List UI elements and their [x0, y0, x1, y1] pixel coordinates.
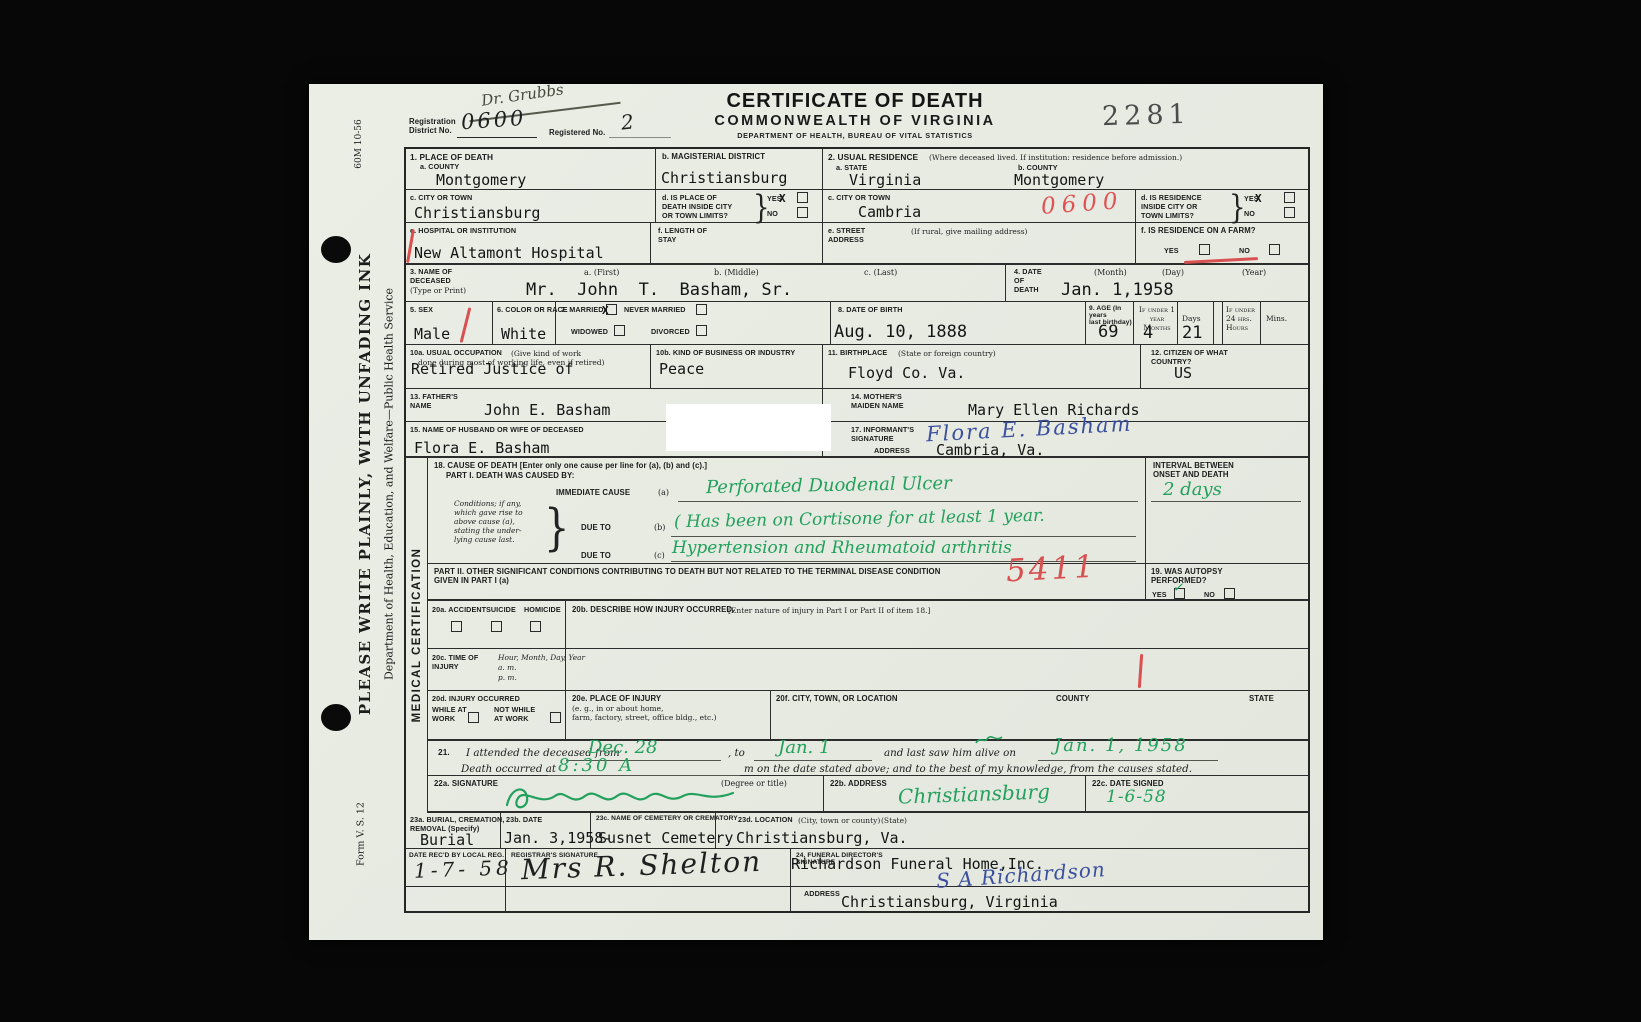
field-2d-no-checkbox	[1284, 207, 1295, 218]
commonwealth-subtitle: COMMONWEALTH OF VIRGINIA	[640, 113, 1070, 129]
field-1e-value: New Altamont Hospital	[414, 244, 604, 262]
field-2d-yes-x-mark: X	[1255, 192, 1262, 205]
field-5-value: Male	[414, 325, 450, 343]
field-3-middle-label: b. (Middle)	[714, 268, 759, 277]
field-18-label: 18. CAUSE OF DEATH [Enter only one cause…	[434, 461, 707, 470]
field-20a-homicide-label: HOMICIDE	[524, 605, 561, 614]
field-2-paren: (Where deceased lived. If institution: r…	[929, 153, 1182, 162]
field-7-never-married-label: NEVER MARRIED	[624, 305, 686, 314]
at-work-checkbox	[468, 712, 479, 723]
field-19-no-checkbox	[1224, 588, 1235, 599]
field-9-value: 69	[1098, 322, 1118, 342]
field-20c-am: a. m.	[498, 663, 516, 672]
field-19-no-label: NO	[1204, 590, 1215, 599]
field-14-label: 14. MOTHER'S MAIDEN NAME	[851, 392, 904, 410]
field-1d-yes-x-mark: X	[779, 192, 786, 205]
field-23b-label: 23b. DATE	[506, 815, 542, 824]
due-to-b-label: DUE TO	[581, 523, 611, 532]
field-20b-paren: [Enter nature of injury in Part I or Par…	[728, 606, 930, 615]
field-9-months-value: 4	[1143, 323, 1153, 343]
cause-c-value: Hypertension and Rheumatoid arthritis	[672, 538, 1012, 558]
medical-certification-label: MEDICAL CERTIFICATION	[411, 548, 423, 723]
field-23d-state-label: (State)	[881, 816, 907, 825]
not-at-work-checkbox	[550, 712, 561, 723]
field-2d-label: d. IS RESIDENCE INSIDE CITY OR TOWN LIMI…	[1141, 193, 1233, 220]
field-20e-label: 20e. PLACE OF INJURY	[572, 694, 661, 703]
field-23d-value: Christiansburg, Va.	[736, 829, 908, 847]
to-line	[754, 760, 872, 761]
field-2f-no-label: NO	[1239, 246, 1250, 255]
field-17-address-value: Cambria, Va.	[936, 441, 1044, 459]
attended-text-5: m on the date stated above; and to the b…	[744, 763, 1192, 775]
due-to-c: (c)	[654, 551, 665, 560]
field-1d-yes-checkbox	[797, 192, 808, 203]
immediate-cause-label: IMMEDIATE CAUSE	[556, 488, 630, 497]
interval-label: INTERVAL BETWEEN ONSET AND DEATH	[1153, 461, 1234, 479]
field-20f-state-label: STATE	[1249, 694, 1274, 703]
field-10a-paren1: (Give kind of work	[511, 349, 581, 358]
part2-label: PART II. OTHER SIGNIFICANT CONDITIONS CO…	[434, 567, 1084, 585]
field-23a-value: Burial	[420, 831, 474, 849]
field-19-green-check: ✓	[1172, 579, 1186, 596]
field-22b-label: 22b. ADDRESS	[830, 779, 887, 788]
field-2b-value: Montgomery	[1014, 171, 1104, 189]
due-to-c-label: DUE TO	[581, 551, 611, 560]
department-line: DEPARTMENT OF HEALTH, BUREAU OF VITAL ST…	[640, 131, 1070, 140]
field-23b-value: Jan. 3,1958-	[504, 829, 612, 847]
field-1f-label: f. LENGTH OF STAY	[658, 226, 728, 244]
field-6-value: White	[501, 325, 546, 343]
cell-20c-rest	[566, 649, 1308, 691]
field-6-label: 6. COLOR OR RACE	[497, 305, 568, 314]
form-code: Form V. S. 12	[356, 802, 367, 866]
green-scribble-over-him	[974, 735, 1004, 745]
field-21-number: 21.	[438, 747, 450, 757]
field-19-yes-label: YES	[1152, 590, 1167, 599]
certificate-stamp-number: 2281	[1102, 99, 1192, 132]
alive-line	[1038, 760, 1218, 761]
field-23c-label: 23c. NAME OF CEMETERY OR CREMATORY	[596, 815, 738, 822]
field-17-address-label: ADDRESS	[874, 446, 910, 455]
field-4-value: Jan. 1,1958	[1061, 280, 1174, 300]
field-3-label: 3. NAME OF DECEASED	[410, 267, 452, 285]
field-2c-value: Cambria	[858, 203, 921, 221]
field-1a-value: Montgomery	[436, 171, 526, 189]
field-3-paren: (Type or Print)	[410, 286, 466, 295]
field-1-label: 1. PLACE OF DEATH	[410, 152, 493, 162]
field-2f-yes-checkbox	[1199, 244, 1210, 255]
field-5-label: 5. SEX	[410, 305, 433, 314]
field-10a-label: 10a. USUAL OCCUPATION	[410, 348, 502, 357]
field-9-days-label: Days	[1182, 314, 1201, 323]
field-3-value: Mr. John T. Basham, Sr.	[526, 280, 792, 300]
registration-district-value: 0600	[460, 106, 527, 135]
cause-a-line	[678, 501, 1138, 502]
field-23d-paren: (City, town or county)	[798, 816, 880, 825]
field-12-value: US	[1174, 364, 1192, 382]
field-11-label: 11. BIRTHPLACE	[828, 348, 887, 357]
suicide-checkbox	[491, 621, 502, 632]
field-2a-value: Virginia	[849, 171, 921, 189]
field-20b-label: 20b. DESCRIBE HOW INJURY OCCURRED.	[572, 605, 734, 614]
field-8-value: Aug. 10, 1888	[834, 322, 967, 342]
punch-hole-bottom	[321, 704, 351, 731]
field-1b-label: b. MAGISTERIAL DISTRICT	[662, 152, 765, 161]
field-1d-no-label: NO	[767, 209, 778, 218]
field-8-label: 8. DATE OF BIRTH	[838, 305, 903, 314]
field-22c-value: 1-6-58	[1106, 787, 1167, 807]
accident-checkbox	[451, 621, 462, 632]
field-2f-no-checkbox	[1269, 244, 1280, 255]
attended-text-2: , to	[728, 747, 745, 759]
margin-dept-line: Department of Health, Education, and Wel…	[383, 288, 396, 680]
field-11-paren: (State or foreign country)	[898, 349, 996, 358]
cause-b-line	[671, 536, 1136, 537]
field-7-divorced-label: DIVORCED	[651, 327, 690, 336]
field-20c-pm: p. m.	[498, 673, 517, 682]
field-10a-value: Retired Justice of	[411, 360, 574, 378]
conditions-note: Conditions; if any, which gave rise to a…	[454, 499, 523, 544]
cell-9-mins	[1261, 302, 1308, 345]
part1-label: PART I. DEATH WAS CAUSED BY:	[446, 471, 574, 480]
field-1d-label: d. IS PLACE OF DEATH INSIDE CITY OR TOWN…	[662, 193, 757, 220]
homicide-checkbox	[530, 621, 541, 632]
interval-line	[1151, 501, 1301, 502]
field-2c-label: c. CITY OR TOWN	[828, 193, 890, 202]
field-4-label: 4. DATE OF DEATH	[1014, 267, 1042, 294]
death-occurred-text: Death occurred at	[461, 763, 556, 775]
field-3-last-label: c. (Last)	[864, 268, 897, 277]
field-20f-county-label: COUNTY	[1056, 694, 1090, 703]
field-23c-value: Susnet Cemetery	[598, 829, 733, 847]
cause-a-value: Perforated Duodenal Ulcer	[706, 473, 952, 498]
certificate-form-grid: MEDICAL CERTIFICATION 1. PLACE OF DEATH …	[404, 147, 1310, 913]
print-run-code: 60M 10-56	[354, 119, 364, 168]
field-15-value: Flora E. Basham	[414, 439, 549, 457]
date-recd-value: 1-7- 58	[414, 855, 514, 882]
field-17-label: 17. INFORMANT'S SIGNATURE	[851, 425, 914, 443]
funeral-address-value: Christiansburg, Virginia	[841, 893, 1058, 911]
field-2-label: 2. USUAL RESIDENCE	[828, 152, 918, 162]
field-1c-value: Christiansburg	[414, 204, 540, 222]
attended-to-value: Jan. 1	[778, 737, 830, 758]
field-7-married-x-mark: X	[602, 304, 609, 317]
field-2e-paren: (If rural, give mailing address)	[911, 227, 1027, 236]
field-7-widowed-label: WIDOWED	[571, 327, 608, 336]
registration-district-label: Registration District No.	[409, 117, 456, 135]
field-20f-label: 20f. CITY, TOWN, OR LOCATION	[776, 694, 898, 703]
field-1c-label: c. CITY OR TOWN	[410, 193, 472, 202]
registered-no-label: Registered No.	[549, 128, 605, 137]
field-9-days-value: 21	[1182, 323, 1202, 343]
death-time-value: 8:30 A	[558, 755, 635, 776]
registered-no-value: 2	[620, 109, 635, 134]
field-2f-label: f. IS RESIDENCE ON A FARM?	[1141, 226, 1256, 235]
field-15-label: 15. NAME OF HUSBAND OR WIFE OF DECEASED	[410, 425, 584, 434]
field-20c-label: 20c. TIME OF INJURY	[432, 653, 478, 671]
field-4-month-label: (Month)	[1094, 268, 1127, 277]
immediate-cause-a: (a)	[658, 488, 669, 497]
field-1d-no-checkbox	[797, 207, 808, 218]
field-2e-label: e. STREET ADDRESS	[828, 226, 865, 244]
field-20d-notwork-label: NOT WHILE AT WORK	[494, 705, 535, 723]
field-7-divorced-checkbox	[696, 325, 707, 336]
field-7-widowed-checkbox	[614, 325, 625, 336]
field-19-label: 19. WAS AUTOPSY PERFORMED?	[1151, 567, 1223, 585]
certificate-title: CERTIFICATE OF DEATH	[640, 90, 1070, 113]
part2-red-code: 5411	[1005, 549, 1098, 590]
field-4-year-label: (Year)	[1242, 268, 1266, 277]
field-11-value: Floyd Co. Va.	[848, 364, 965, 382]
due-to-b: (b)	[654, 523, 665, 532]
field-10b-label: 10b. KIND OF BUSINESS OR INDUSTRY	[656, 348, 821, 357]
field-1b-value: Christiansburg	[661, 169, 787, 187]
attended-text-3: and last saw him alive on	[884, 747, 1016, 759]
field-20c-sub: Hour, Month, Day, Year	[498, 653, 585, 662]
field-13-value: John E. Basham	[484, 401, 610, 419]
field-10b-value: Peace	[659, 360, 704, 378]
field-4-day-label: (Day)	[1162, 268, 1184, 277]
bottom-divider-line	[406, 886, 1308, 887]
last-alive-value: Jan. 1, 1958	[1054, 735, 1188, 756]
field-2f-yes-label: YES	[1164, 246, 1179, 255]
field-1a-label: a. COUNTY	[420, 162, 459, 171]
funeral-address-label: ADDRESS	[804, 889, 840, 898]
field-13-label: 13. FATHER'S NAME	[410, 392, 458, 410]
punch-hole-top	[321, 236, 351, 263]
field-20a-suicide-label: SUICIDE	[486, 605, 516, 614]
field-7-never-married-checkbox	[696, 304, 707, 315]
field-9-mins-label: Mins.	[1266, 314, 1287, 323]
field-1e-label: e. HOSPITAL OR INSTITUTION	[410, 226, 516, 235]
redaction-box	[666, 404, 831, 451]
death-certificate-scan: 60M 10-56 PLEASE WRITE PLAINLY, WITH UNF…	[309, 84, 1323, 940]
reg-underline	[457, 137, 537, 138]
field-22a-label: 22a. SIGNATURE	[434, 779, 498, 788]
field-20a-accident-label: 20a. ACCIDENT	[432, 605, 486, 614]
physician-signature-scrawl	[501, 783, 741, 811]
field-20d-label: 20d. INJURY OCCURRED	[432, 694, 520, 703]
field-7-married-label: 7. MARRIED	[561, 305, 604, 314]
field-20e-paren: (e. g., in or about home, farm, factory,…	[572, 704, 762, 722]
cell-9-gap	[1214, 302, 1223, 345]
field-3-first-label: a. (First)	[584, 268, 619, 277]
margin-notice: PLEASE WRITE PLAINLY, WITH UNFADING INK	[356, 253, 374, 715]
field-20d-atwork-label: WHILE AT WORK	[432, 705, 467, 723]
interval-value: 2 days	[1163, 479, 1222, 500]
field-9-hours-label: If under 24 hrs. Hours	[1226, 305, 1262, 332]
field-2d-no-label: NO	[1244, 209, 1255, 218]
conditions-brace: }	[544, 499, 569, 557]
field-23d-label: 23d. LOCATION	[738, 815, 793, 824]
registered-underline	[609, 137, 671, 138]
field-2d-yes-checkbox	[1284, 192, 1295, 203]
